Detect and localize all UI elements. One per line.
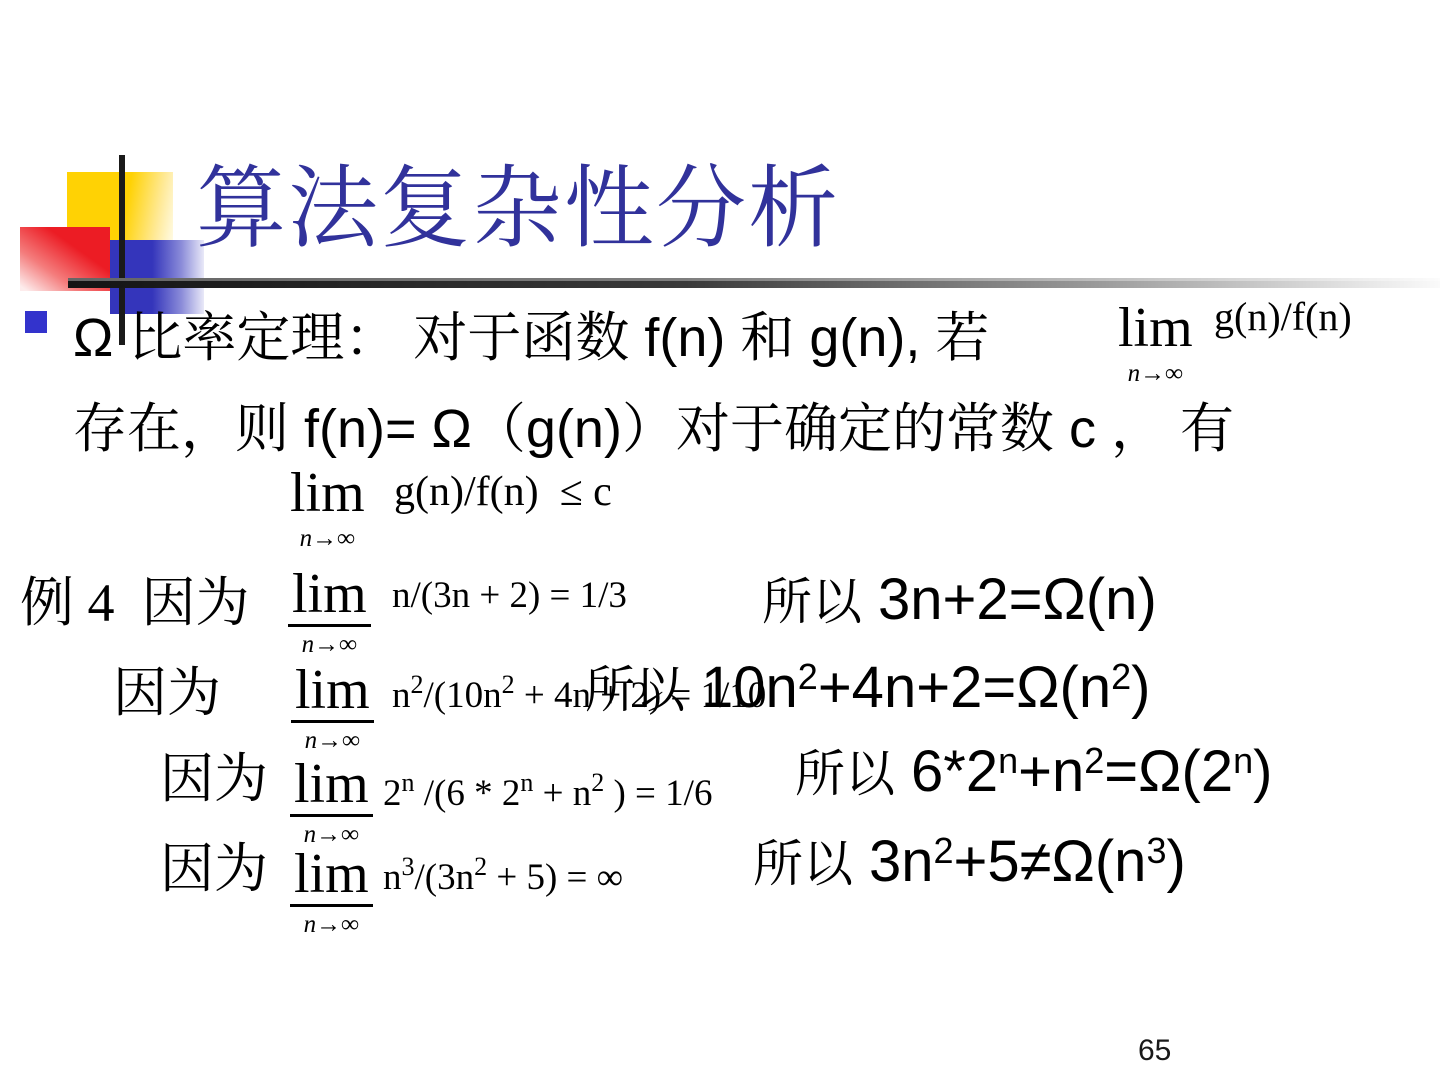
theorem-line3-limit: lim n→∞ xyxy=(290,465,365,551)
bullet-square-icon xyxy=(25,311,47,333)
conclusion-prefix: 所以 xyxy=(585,662,685,718)
theorem-line1-limit: lim n→∞ xyxy=(1118,300,1193,386)
lim-text: lim xyxy=(291,662,374,723)
slide: 算法复杂性分析 Ω 比率定理： 对于函数 f(n) 和 g(n), 若 lim … xyxy=(0,0,1440,1080)
example-row-label: 因为 xyxy=(160,826,268,903)
conclusion-prefix: 所以 xyxy=(753,836,853,892)
conclusion: 所以10n2+4n+2=Ω(n2) xyxy=(585,650,1151,722)
theorem-line3-expression: g(n)/f(n) ≤ c xyxy=(394,468,612,516)
conclusion-prefix: 所以 xyxy=(762,574,862,630)
limit-formula: 2n /(6 * 2n + n2 ) = 1/6 xyxy=(383,768,712,815)
conclusion: 所以3n+2=Ω(n) xyxy=(762,562,1157,634)
theorem-line2: 存在，则 f(n)= Ω（g(n)）对于确定的常数 c ， 有 xyxy=(73,386,1234,463)
limit-formula: n3/(3n2 + 5) = ∞ xyxy=(383,852,623,899)
lim-text: lim xyxy=(1118,300,1193,356)
theorem-line1: Ω 比率定理： 对于函数 f(n) 和 g(n), 若 xyxy=(73,295,989,372)
lim-subscript: n→∞ xyxy=(1128,361,1183,386)
lim-text: lim xyxy=(290,465,365,521)
theorem-line1-expression: g(n)/f(n) xyxy=(1214,293,1352,340)
conclusion-prefix: 所以 xyxy=(795,746,895,802)
lim-subscript: n→∞ xyxy=(304,912,359,937)
conclusion-expression: 3n2+5≠Ω(n3) xyxy=(869,829,1186,894)
limit-notation: lim n→∞ xyxy=(288,566,371,657)
slide-title: 算法复杂性分析 xyxy=(196,158,840,262)
limit-notation: lim n→∞ xyxy=(291,662,374,753)
limit-notation: lim n→∞ xyxy=(290,846,373,937)
example-row-label: 例 4 因为 xyxy=(20,560,250,637)
example-row-label: 因为 xyxy=(113,650,221,727)
title-divider-rule xyxy=(68,278,1440,288)
page-number: 65 xyxy=(1138,1034,1171,1068)
conclusion-expression: 6*2n+n2=Ω(2n) xyxy=(911,739,1272,804)
lim-text: lim xyxy=(290,846,373,907)
limit-notation: lim n→∞ xyxy=(290,756,373,847)
lim-subscript: n→∞ xyxy=(305,728,360,753)
conclusion-expression: 10n2+4n+2=Ω(n2) xyxy=(701,655,1151,720)
example-row-label: 因为 xyxy=(160,736,268,813)
conclusion-expression: 3n+2=Ω(n) xyxy=(878,567,1157,632)
lim-subscript: n→∞ xyxy=(302,632,357,657)
conclusion: 所以6*2n+n2=Ω(2n) xyxy=(795,734,1272,806)
limit-formula: n/(3n + 2) = 1/3 xyxy=(392,574,627,617)
lim-text: lim xyxy=(288,566,371,627)
lim-subscript: n→∞ xyxy=(300,526,355,551)
conclusion: 所以3n2+5≠Ω(n3) xyxy=(753,824,1186,896)
lim-text: lim xyxy=(290,756,373,817)
